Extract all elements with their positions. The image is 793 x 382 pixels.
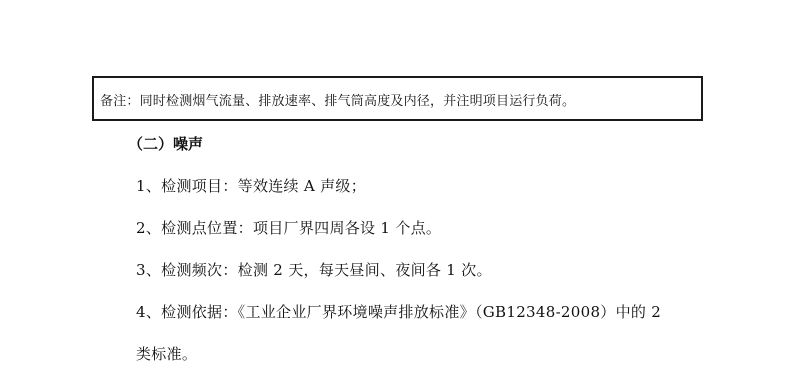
list-item-detection-frequency: 3、检测频次：检测 2 天，每天昼间、夜间各 1 次。 <box>136 259 492 280</box>
section-heading: （二）噪声 <box>128 133 203 154</box>
note-box: 备注：同时检测烟气流量、排放速率、排气筒高度及内径，并注明项目运行负荷。 <box>92 76 703 121</box>
note-text: 备注：同时检测烟气流量、排放速率、排气筒高度及内径，并注明项目运行负荷。 <box>100 90 575 109</box>
list-item-detection-basis-continued: 类标准。 <box>136 343 197 364</box>
list-item-detection-basis: 4、检测依据：《工业企业厂界环境噪声排放标准》（GB12348-2008）中的 … <box>136 301 661 322</box>
list-item-detection-location: 2、检测点位置：项目厂界四周各设 1 个点。 <box>136 217 441 238</box>
list-item-detection-item: 1、检测项目：等效连续 A 声级； <box>136 175 366 196</box>
